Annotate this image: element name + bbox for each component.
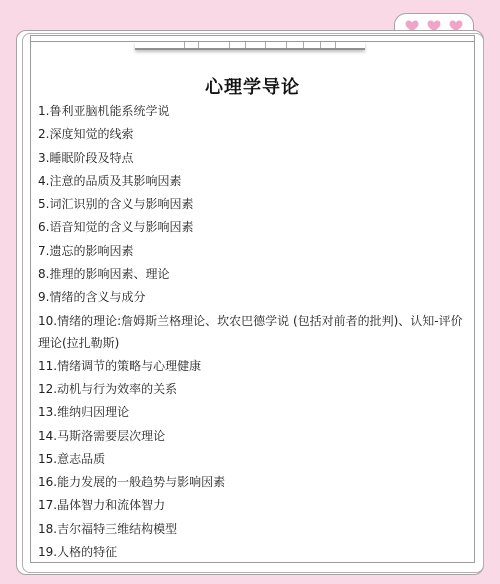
document-page: 心理学导论 1.鲁利亚脑机能系统学说 2.深度知觉的线索 3.睡眠阶段及特点 4… xyxy=(30,35,475,563)
list-item: 7.遗忘的影响因素 xyxy=(38,240,466,263)
list-item: 13.维纳归因理论 xyxy=(38,401,466,424)
list-item: 8.推理的影响因素、理论 xyxy=(38,263,466,286)
page-top-border xyxy=(31,35,474,42)
list-item: 1.鲁利亚脑机能系统学说 xyxy=(38,100,466,123)
list-item: 11.情绪调节的策略与心理健康 xyxy=(38,355,466,378)
list-item: 17.晶体智力和流体智力 xyxy=(38,494,466,517)
list-item: 16.能力发展的一般趋势与影响因素 xyxy=(38,471,466,494)
list-item: 9.情绪的含义与成分 xyxy=(38,286,466,309)
list-item: 5.词汇识别的含义与影响因素 xyxy=(38,193,466,216)
list-item: 19.人格的特征 xyxy=(38,541,466,563)
list-item: 10.情绪的理论:詹姆斯兰格理论、坎农巴德学说 (包括对前者的批判)、认知-评价… xyxy=(38,310,466,355)
list-item: 6.语音知觉的含义与影响因素 xyxy=(38,216,466,239)
list-item: 4.注意的品质及其影响因素 xyxy=(38,170,466,193)
list-item: 12.动机与行为效率的关系 xyxy=(38,378,466,401)
topic-list: 1.鲁利亚脑机能系统学说 2.深度知觉的线索 3.睡眠阶段及特点 4.注意的品质… xyxy=(38,100,466,563)
list-item: 15.意志品质 xyxy=(38,448,466,471)
ruler-strip xyxy=(135,42,365,50)
document-title: 心理学导论 xyxy=(31,73,474,99)
list-item: 2.深度知觉的线索 xyxy=(38,123,466,146)
list-item: 14.马斯洛需要层次理论 xyxy=(38,425,466,448)
list-item: 3.睡眠阶段及特点 xyxy=(38,147,466,170)
list-item: 18.吉尔福特三维结构模型 xyxy=(38,518,466,541)
